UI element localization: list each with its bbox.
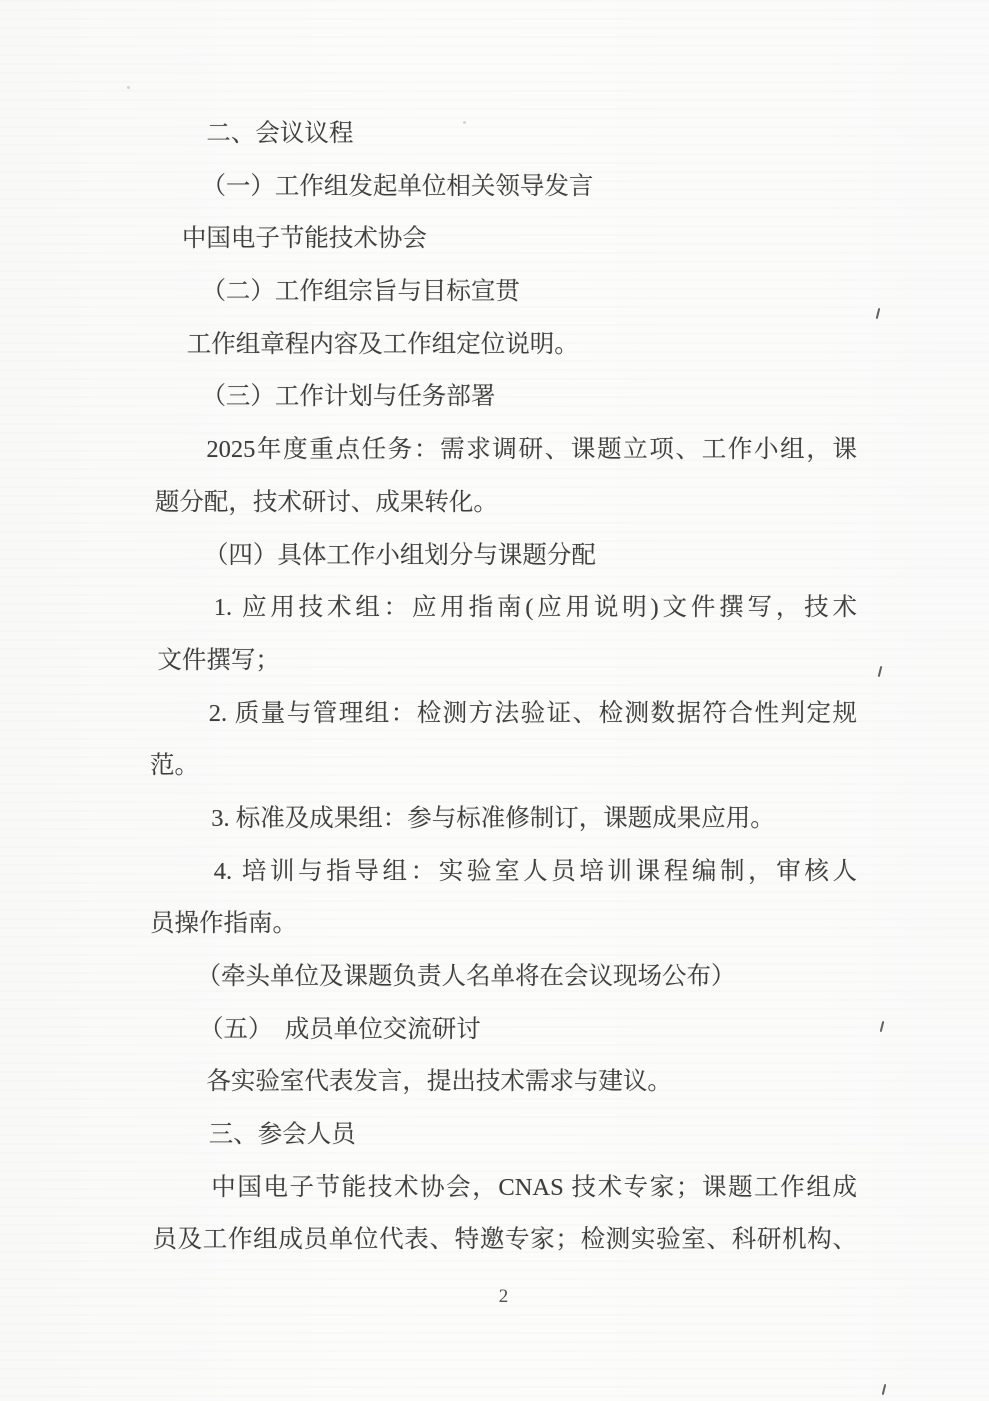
page-number: 2 [150, 1286, 857, 1308]
doc-line: 3. 标准及成果组：参与标准修制订，课题成果应用。 [150, 793, 857, 846]
scanned-document-page: 二、会议议程 （一）工作组发起单位相关领导发言 中国电子节能技术协会 （二）工作… [0, 0, 989, 1401]
doc-line: 题分配，技术研讨、成果转化。 [150, 477, 857, 530]
doc-line: （四）具体工作小组划分与课题分配 [150, 530, 857, 583]
doc-line: （牵头单位及课题负责人名单将在会议现场公布） [150, 951, 857, 1004]
doc-line: （五） 成员单位交流研讨 [150, 1004, 857, 1057]
doc-line: 工作组章程内容及工作组定位说明。 [150, 319, 857, 372]
scan-artifact-tick [876, 308, 881, 319]
doc-line: 4. 培训与指导组：实验室人员培训课程编制，审核人 [150, 846, 857, 899]
doc-line: （一）工作组发起单位相关领导发言 [150, 161, 857, 214]
doc-line: 中国电子节能技术协会 [150, 213, 857, 266]
scan-artifact-speck [127, 86, 130, 89]
scan-artifact-tick [878, 666, 883, 677]
doc-line: 1. 应用技术组：应用指南(应用说明)文件撰写，技术 [150, 582, 857, 635]
doc-line: 范。 [150, 740, 857, 793]
doc-line: 各实验室代表发言，提出技术需求与建议。 [150, 1056, 857, 1109]
section-heading-participants: 三、参会人员 [150, 1109, 857, 1162]
doc-line: （二）工作组宗旨与目标宣贯 [150, 266, 857, 319]
doc-line: 文件撰写； [150, 635, 857, 688]
scan-artifact-speck [463, 121, 466, 124]
scan-artifact-tick [880, 1021, 885, 1032]
doc-line: 中国电子节能技术协会，CNAS 技术专家；课题工作组成 [150, 1162, 857, 1215]
section-heading-meeting-agenda: 二、会议议程 [150, 108, 857, 161]
scan-artifact-tick [882, 1384, 887, 1395]
document-body: 二、会议议程 （一）工作组发起单位相关领导发言 中国电子节能技术协会 （二）工作… [150, 108, 857, 1267]
doc-line: 员操作指南。 [150, 898, 857, 951]
doc-line: 员及工作组成员单位代表、特邀专家；检测实验室、科研机构、 [150, 1214, 857, 1267]
doc-line: 2025年度重点任务：需求调研、课题立项、工作小组，课 [150, 424, 857, 477]
doc-line: （三）工作计划与任务部署 [150, 371, 857, 424]
doc-line: 2. 质量与管理组：检测方法验证、检测数据符合性判定规 [150, 688, 857, 741]
